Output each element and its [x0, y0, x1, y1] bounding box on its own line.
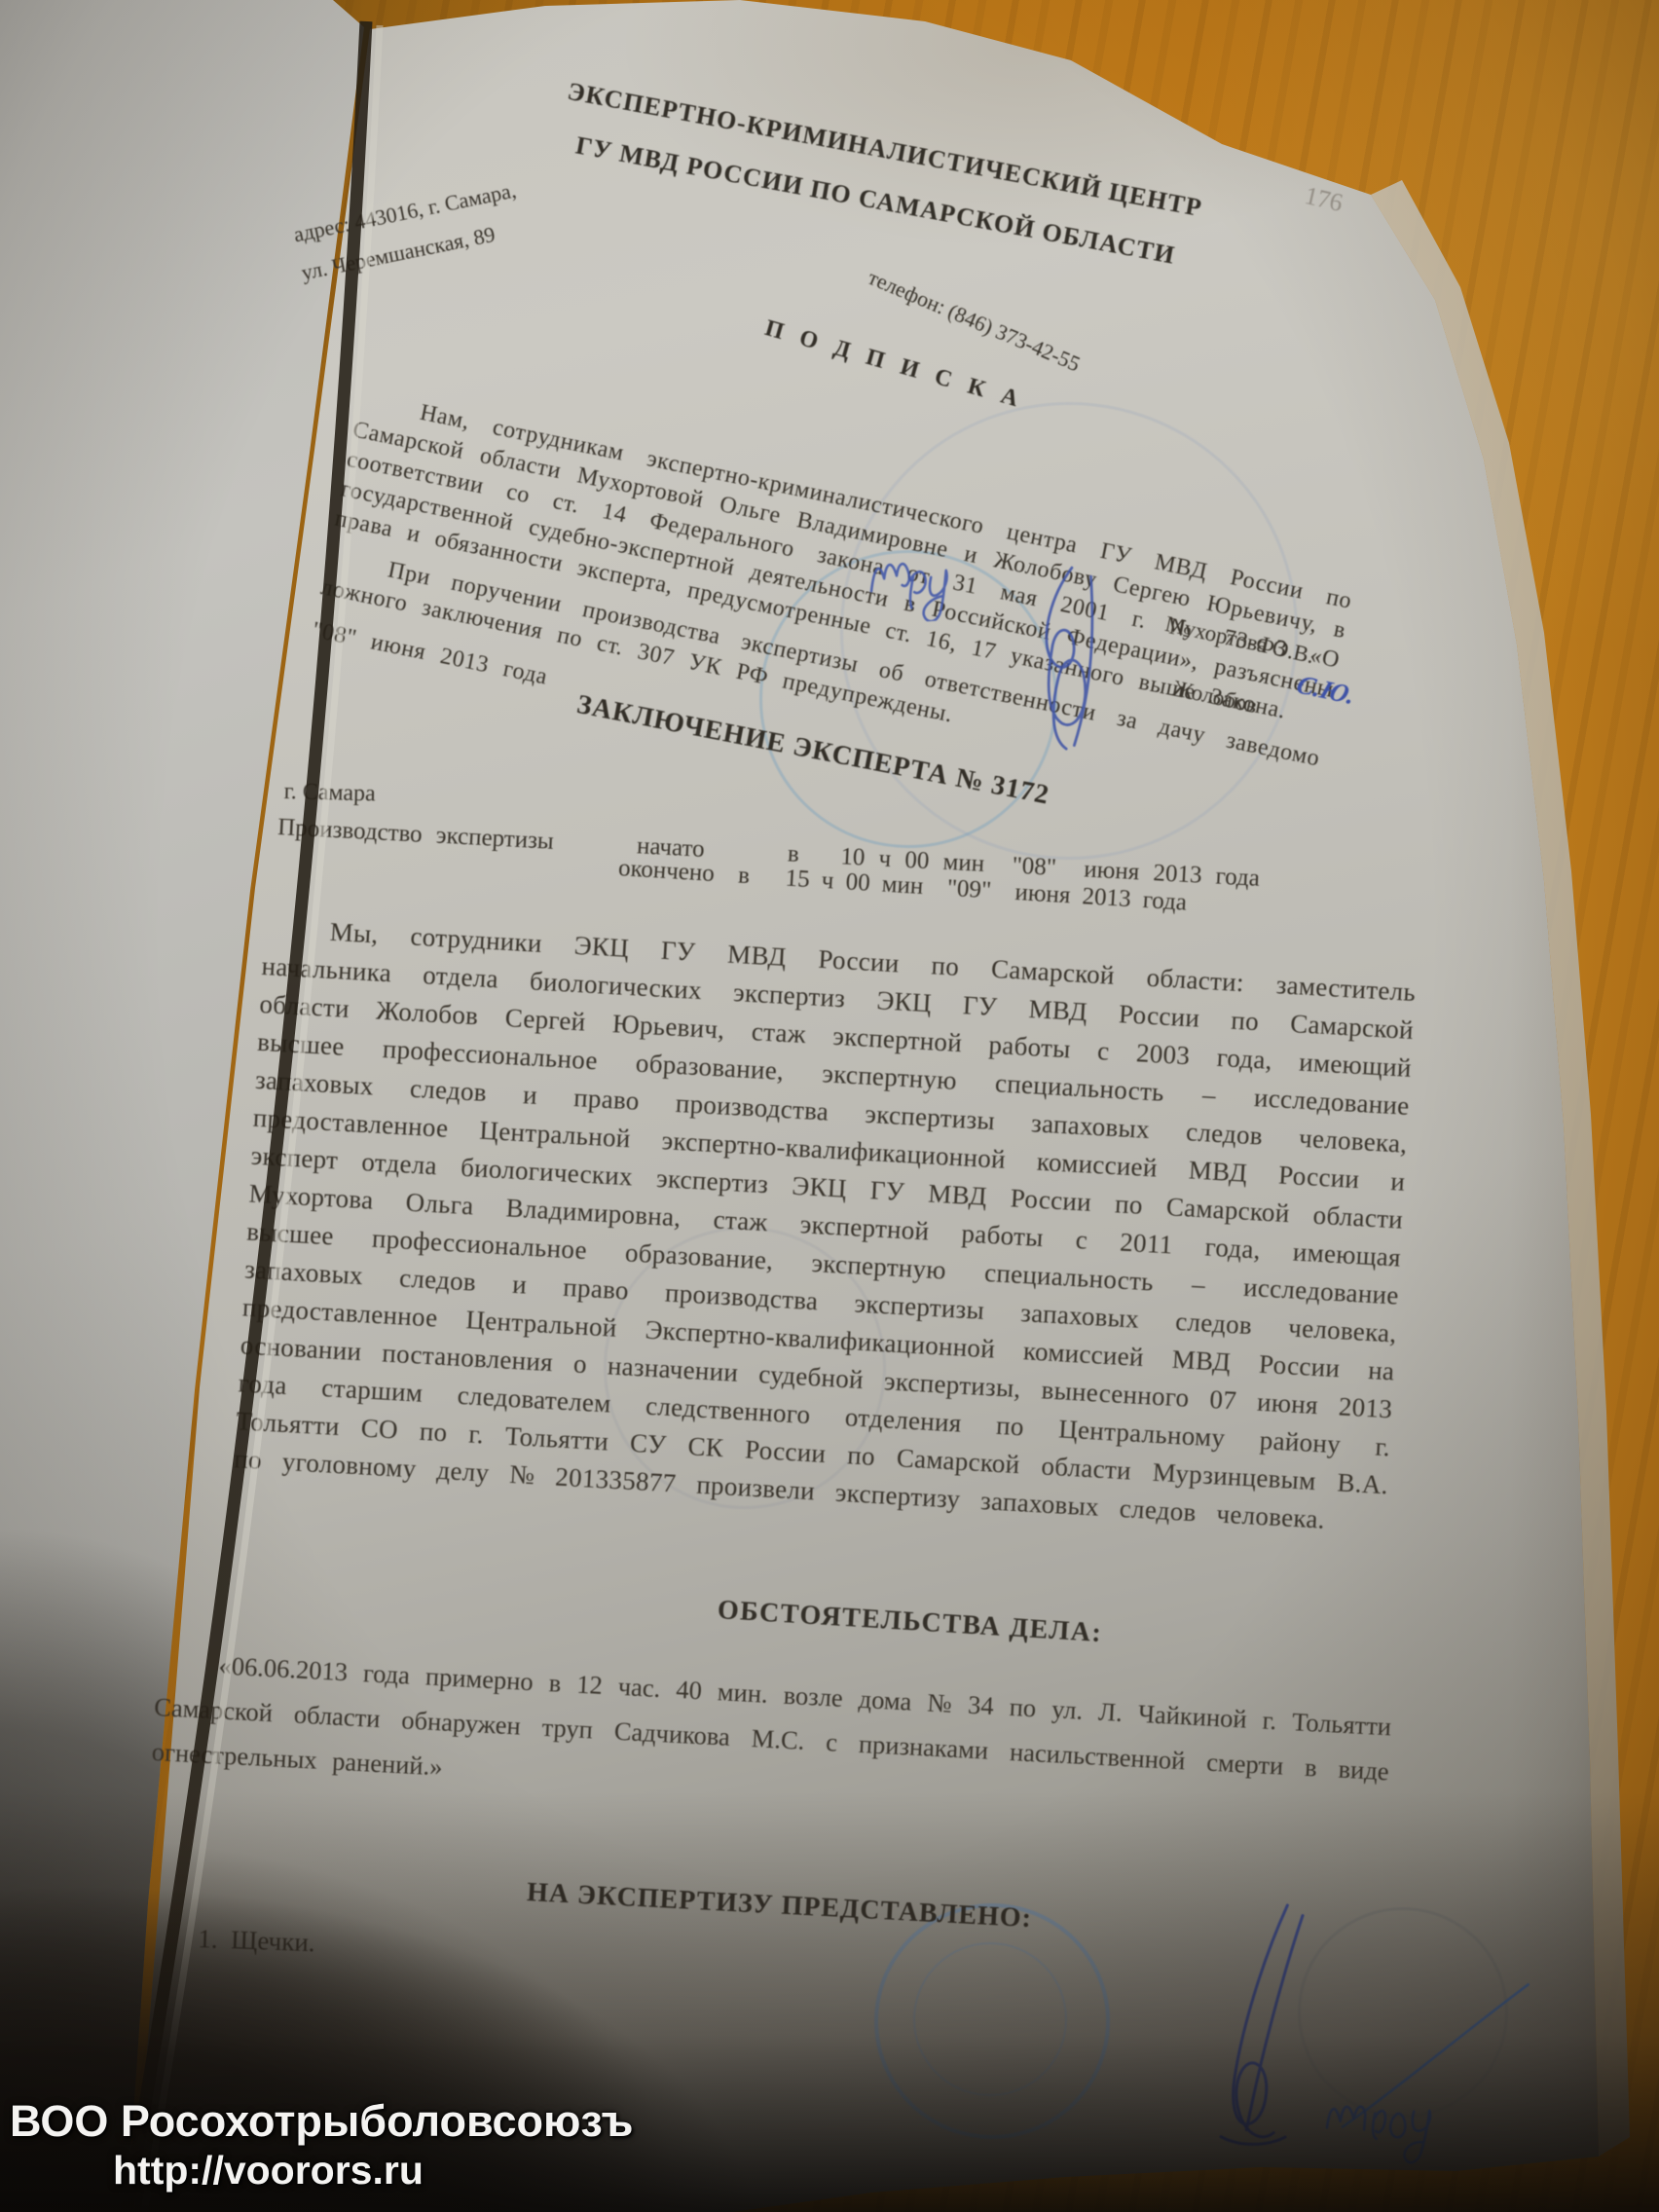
book-spine-shadow — [0, 0, 1659, 2212]
watermark-url: http://voorors.ru — [10, 2147, 633, 2194]
photo-of-expert-report: 176 ЭКСПЕРТНО-КРИМИНАЛИСТИЧЕСКИЙ ЦЕНТР Г… — [0, 0, 1659, 2212]
site-watermark: ВОО Росохотрыболовсоюзъ http://voorors.r… — [10, 2095, 633, 2194]
watermark-org: ВОО Росохотрыболовсоюзъ — [10, 2095, 633, 2147]
